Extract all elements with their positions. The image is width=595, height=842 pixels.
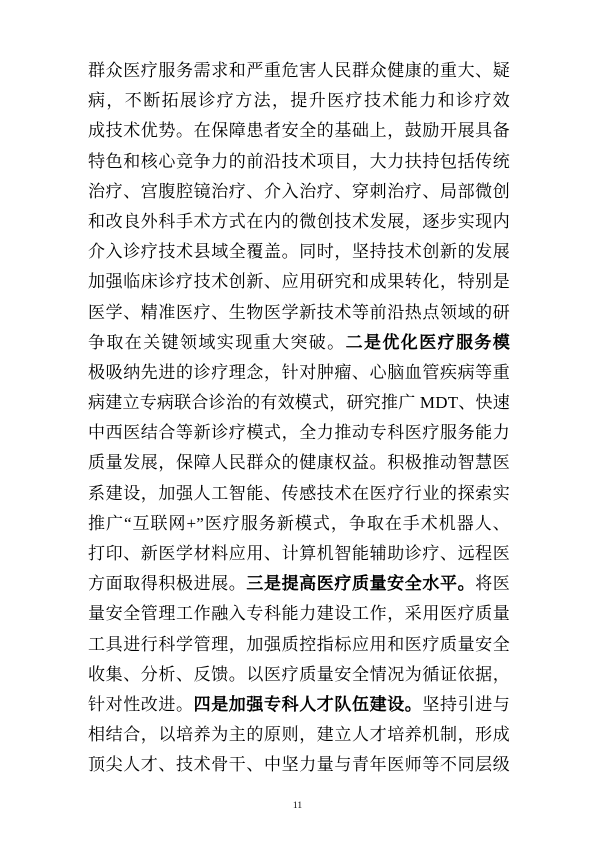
text-run: 和改良外科手术方式在内的微创技术发展，逐步实现内镜和	[88, 212, 510, 237]
text-line: 成技术优势。在保障患者安全的基础上，鼓励开展具备专科	[88, 116, 510, 146]
text-run: 治疗、宫腹腔镜治疗、介入治疗、穿刺治疗、局部微创治疗	[88, 182, 510, 207]
text-run: 量安全管理工作融入专科能力建设工作，采用医疗质量管理	[88, 604, 510, 629]
text-run: 介入诊疗技术县域全覆盖。同时，坚持技术创新的发展思路，	[88, 242, 510, 267]
text-line: 介入诊疗技术县域全覆盖。同时，坚持技术创新的发展思路，	[88, 237, 510, 267]
text-line: 病建立专病联合诊治的有效模式，研究推广 MDT、快速康复、	[88, 388, 510, 418]
text-line: 特色和核心竞争力的前沿技术项目，大力扶持包括传统内镜	[88, 147, 510, 177]
text-line: 方面取得积极进展。三是提高医疗质量安全水平。将医疗质	[88, 569, 510, 599]
text-line: 相结合，以培养为主的原则，建立人才培养机制，形成包括	[88, 720, 510, 750]
text-line: 顶尖人才、技术骨干、中坚力量与青年医师等不同层级的专	[88, 750, 510, 780]
text-line: 系建设，加强人工智能、传感技术在医疗行业的探索实践，	[88, 479, 510, 509]
text-line: 极吸纳先进的诊疗理念，针对肿瘤、心脑血管疾病等重大疾	[88, 358, 510, 388]
text-run: 工具进行科学管理，加强质控指标应用和医疗质量安全数据	[88, 635, 510, 660]
text-line: 和改良外科手术方式在内的微创技术发展，逐步实现内镜和	[88, 207, 510, 237]
text-run: 质量发展，保障人民群众的健康权益。积极推动智慧医疗体	[88, 453, 510, 478]
text-run: 加强临床诊疗技术创新、应用研究和成果转化，特别是再生	[88, 272, 510, 297]
text-line: 群众医疗服务需求和严重危害人民群众健康的重大、疑难疾	[88, 56, 510, 86]
text-run: 中西医结合等新诊疗模式，全力推动专科医疗服务能力的高	[88, 423, 510, 448]
text-run: 争取在关键领域实现重大突破。	[88, 333, 346, 352]
text-line: 打印、新医学材料应用、计算机智能辅助诊疗、远程医疗等	[88, 539, 510, 569]
text-line: 推广“互联网+”医疗服务新模式，争取在手术机器人、3D	[88, 509, 510, 539]
text-run: 系建设，加强人工智能、传感技术在医疗行业的探索实践，	[88, 484, 510, 509]
text-run: 推广“互联网+”医疗服务新模式，争取在手术机器人、3D	[88, 514, 510, 539]
text-run: 收集、分析、反馈。以医疗质量安全情况为循证依据，开展	[88, 665, 510, 690]
text-line: 病，不断拓展诊疗方法，提升医疗技术能力和诊疗效果，形	[88, 86, 510, 116]
text-run: 病建立专病联合诊治的有效模式，研究推广 MDT、快速康复、	[88, 393, 510, 418]
text-run: 医学、精准医疗、生物医学新技术等前沿热点领域的研究，	[88, 303, 510, 328]
text-run: 针对性改进。	[88, 695, 194, 714]
bold-heading-run: 四是加强专科人才队伍建设。	[194, 695, 423, 714]
text-line: 加强临床诊疗技术创新、应用研究和成果转化，特别是再生	[88, 267, 510, 297]
text-run: 成技术优势。在保障患者安全的基础上，鼓励开展具备专科	[88, 121, 510, 146]
text-line: 医学、精准医疗、生物医学新技术等前沿热点领域的研究，	[88, 298, 510, 328]
body-text: 群众医疗服务需求和严重危害人民群众健康的重大、疑难疾病，不断拓展诊疗方法，提升医…	[88, 56, 510, 781]
text-line: 量安全管理工作融入专科能力建设工作，采用医疗质量管理	[88, 599, 510, 629]
text-line: 中西医结合等新诊疗模式，全力推动专科医疗服务能力的高	[88, 418, 510, 448]
text-line: 争取在关键领域实现重大突破。二是优化医疗服务模式。积	[88, 328, 510, 358]
text-run: 极吸纳先进的诊疗理念，针对肿瘤、心脑血管疾病等重大疾	[88, 363, 510, 388]
text-run: 病，不断拓展诊疗方法，提升医疗技术能力和诊疗效果，形	[88, 91, 510, 116]
text-line: 工具进行科学管理，加强质控指标应用和医疗质量安全数据	[88, 630, 510, 660]
bold-heading-run: 三是提高医疗质量安全水平。	[246, 574, 475, 593]
text-line: 治疗、宫腹腔镜治疗、介入治疗、穿刺治疗、局部微创治疗	[88, 177, 510, 207]
document-page: 群众医疗服务需求和严重危害人民群众健康的重大、疑难疾病，不断拓展诊疗方法，提升医…	[0, 0, 595, 842]
page-number: 11	[0, 800, 595, 812]
text-run: 相结合，以培养为主的原则，建立人才培养机制，形成包括	[88, 725, 510, 750]
text-run: 方面取得积极进展。	[88, 574, 246, 593]
text-run: 打印、新医学材料应用、计算机智能辅助诊疗、远程医疗等	[88, 544, 510, 569]
text-run: 特色和核心竞争力的前沿技术项目，大力扶持包括传统内镜	[88, 152, 510, 177]
text-line: 质量发展，保障人民群众的健康权益。积极推动智慧医疗体	[88, 448, 510, 478]
text-run: 顶尖人才、技术骨干、中坚力量与青年医师等不同层级的专	[88, 755, 510, 780]
text-run: 群众医疗服务需求和严重危害人民群众健康的重大、疑难疾	[88, 61, 510, 86]
text-line: 针对性改进。四是加强专科人才队伍建设。坚持引进与培养	[88, 690, 510, 720]
text-line: 收集、分析、反馈。以医疗质量安全情况为循证依据，开展	[88, 660, 510, 690]
